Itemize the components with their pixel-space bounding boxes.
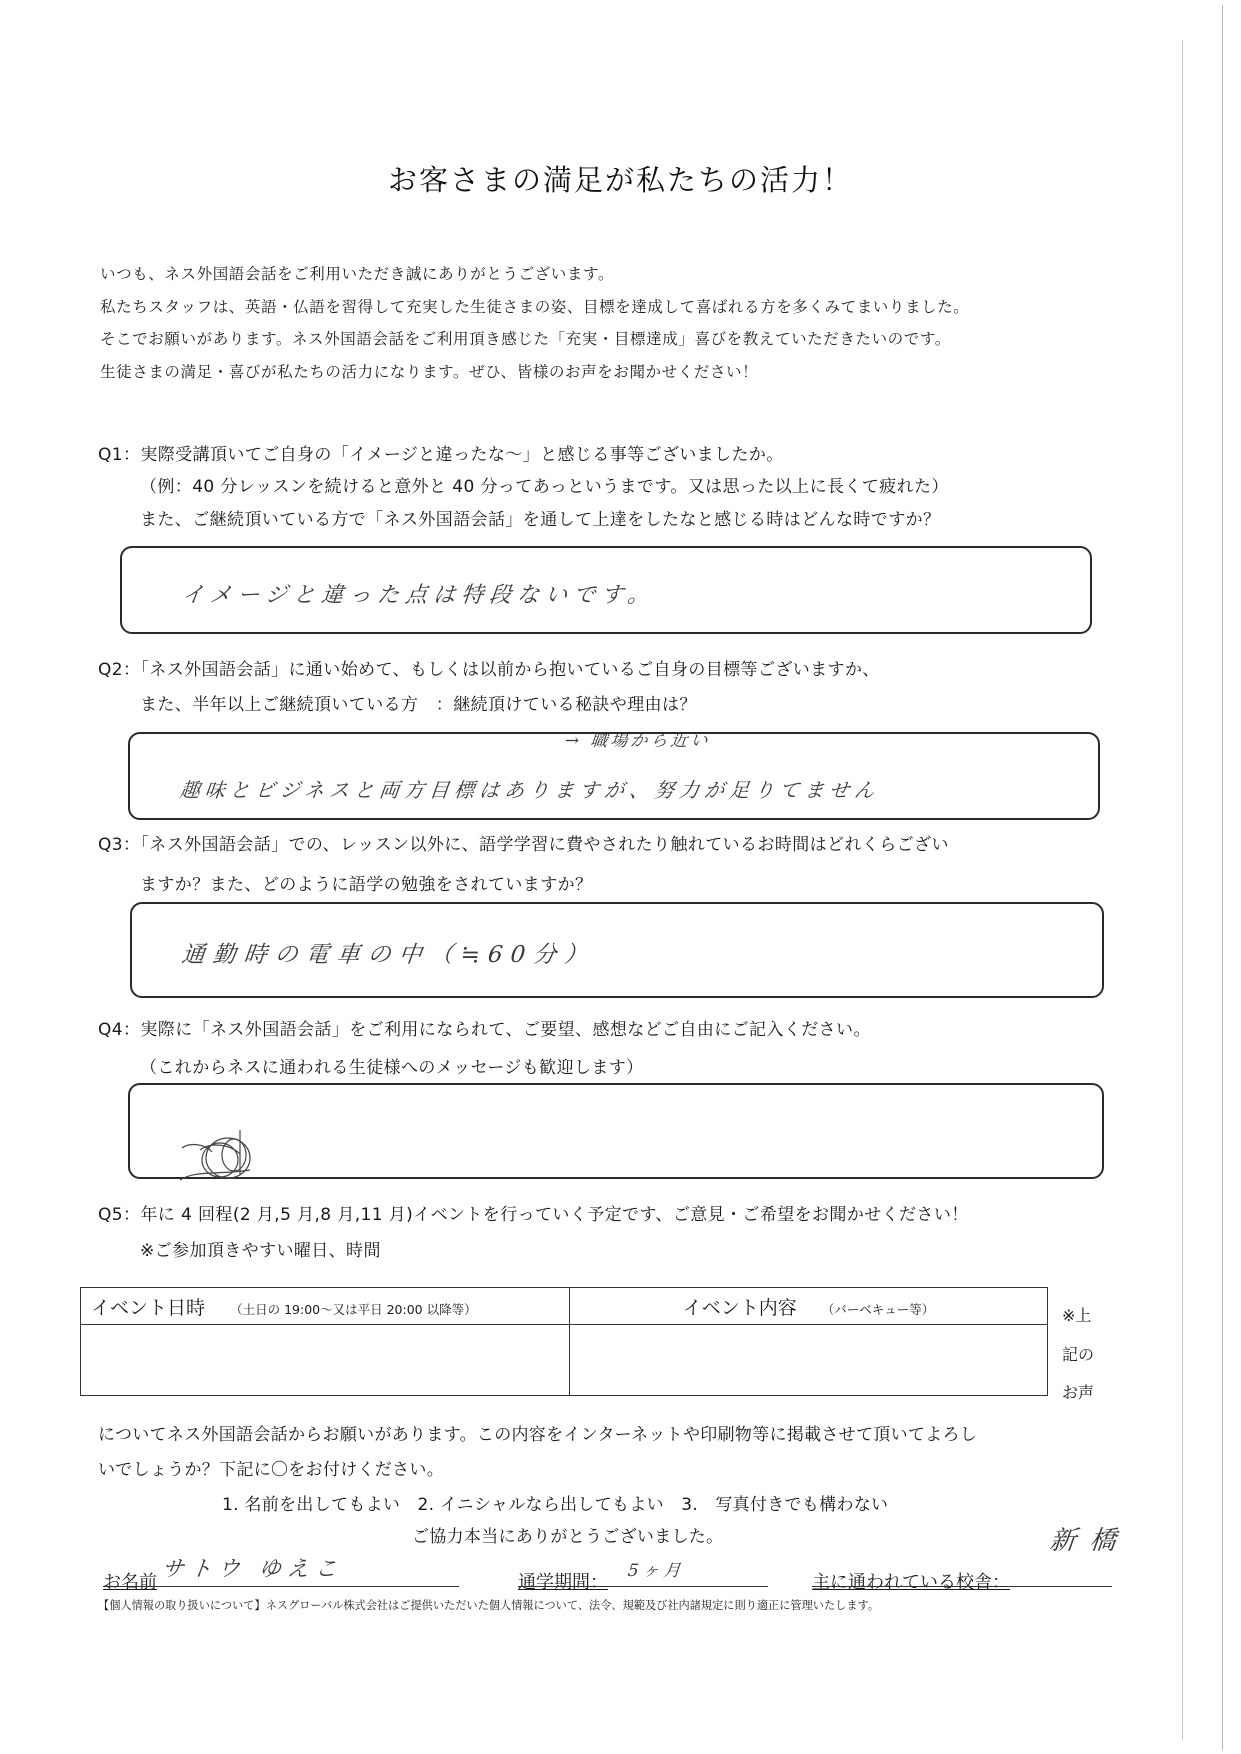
side-note-line: ※上 <box>1062 1303 1091 1326</box>
question-q3: Q3：「ネス外国語会話」での、レッスン以外に、語学学習に費やされたり触れているお… <box>98 830 949 855</box>
name-value[interactable]: サトウ ゆえこ <box>160 1552 344 1583</box>
question-q3-followup: ますか？また、どのように語学の勉強をされていますか？ <box>140 870 592 895</box>
question-q1-followup: また、ご継続頂いている方で「ネス外国語会話」を通して上達をしたなと感じる時はどん… <box>140 505 940 530</box>
scan-edge-line <box>1222 5 1223 1750</box>
event-datetime-hint: （土日の 19:00～又は平日 20:00 以降等） <box>230 1302 476 1317</box>
event-datetime-header-cell: イベント日時 （土日の 19:00～又は平日 20:00 以降等） <box>81 1288 570 1325</box>
intro-line: 生徒さまの満足・喜びが私たちの活力になります。ぜひ、皆様のお声をお聞かせください… <box>100 360 758 382</box>
scribble-doodle <box>160 1120 290 1200</box>
answer-q2-text: 趣味とビジネスと両方目標はありますが、努力が足りてません <box>178 774 880 803</box>
scan-edge-line <box>1182 40 1183 1740</box>
consent-line: についてネス外国語会話からお願いがあります。この内容をインターネットや印刷物等に… <box>98 1420 977 1445</box>
event-table: イベント日時 （土日の 19:00～又は平日 20:00 以降等） イベント内容… <box>80 1287 1048 1396</box>
event-datetime-header: イベント日時 <box>91 1297 205 1319</box>
event-content-header: イベント内容 <box>683 1297 797 1319</box>
answer-box-q2[interactable]: 趣味とビジネスと両方目標はありますが、努力が足りてません <box>128 732 1100 820</box>
question-q1-example: （例：40 分レッスンを続けると意外と 40 分ってあっというまです。又は思った… <box>140 472 949 497</box>
event-datetime-input[interactable] <box>81 1325 570 1396</box>
answer-q3-text: 通勤時の電車の中（≒60分） <box>180 936 597 969</box>
intro-line: そこでお願いがあります。ネス外国語会話をご利用頂き感じた「充実・目標達成」喜びを… <box>100 327 951 349</box>
event-content-header-cell: イベント内容 （バーベキュー等） <box>570 1288 1048 1325</box>
period-underline <box>518 1586 768 1587</box>
question-q5-note: ※ご参加頂きやすい曜日、時間 <box>140 1236 381 1261</box>
intro-line: 私たちスタッフは、英語・仏語を習得して充実した生徒さまの姿、目標を達成して喜ばれ… <box>100 295 969 317</box>
page-title: お客さまの満足が私たちの活力！ <box>0 158 1241 199</box>
side-note-line: お声 <box>1062 1380 1094 1403</box>
consent-line: いでしょうか？下記に〇をお付けください。 <box>98 1455 444 1480</box>
question-q5: Q5：年に 4 回程(2 月,5 月,8 月,11 月)イベントを行っていく予定… <box>98 1200 969 1225</box>
name-underline <box>103 1586 459 1587</box>
school-label: 主に通われている校舎： <box>812 1568 1010 1594</box>
question-q4-followup: （これからネスに通われる生徒様へのメッセージも歓迎します） <box>140 1053 644 1078</box>
consent-options[interactable]: 1. 名前を出してもよい 2. イニシャルなら出してもよい 3. 写真付きでも構… <box>222 1490 888 1515</box>
period-label: 通学期間： <box>518 1568 608 1594</box>
question-q4: Q4：実際に「ネス外国語会話」をご利用になられて、ご要望、感想などご自由にご記入… <box>98 1015 871 1040</box>
intro-line: いつも、ネス外国語会話をご利用いただき誠にありがとうございます。 <box>100 262 614 284</box>
answer-box-q1[interactable]: イメージと違った点は特段ないです。 <box>120 546 1092 634</box>
answer-box-q3[interactable]: 通勤時の電車の中（≒60分） <box>130 902 1104 998</box>
question-q1: Q1：実際受講頂いてご自身の「イメージと違ったな～」と感じる事等ございましたか。 <box>98 440 784 465</box>
answer-q1-text: イメージと違った点は特段ないです。 <box>180 578 657 609</box>
event-content-hint: （バーベキュー等） <box>822 1302 935 1317</box>
school-underline <box>812 1586 1112 1587</box>
side-note-line: 記の <box>1062 1342 1094 1365</box>
period-value[interactable]: 5ヶ月 <box>627 1556 686 1581</box>
privacy-notice: 【個人情報の取り扱いについて】ネスグローバル株式会社はご提供いただいた個人情報に… <box>98 1597 879 1613</box>
event-content-input[interactable] <box>570 1325 1048 1396</box>
question-q2-followup: また、半年以上ご継続頂いている方 ：継続頂けている秘訣や理由は？ <box>140 690 697 715</box>
school-value[interactable]: 新橋 <box>1048 1520 1132 1557</box>
question-q2: Q2：「ネス外国語会話」に通い始めて、もしくは以前から抱いているご自身の目標等ご… <box>98 655 880 680</box>
thanks-message: ご協力本当にありがとうございました。 <box>412 1522 723 1547</box>
name-label: お名前 <box>103 1568 157 1594</box>
